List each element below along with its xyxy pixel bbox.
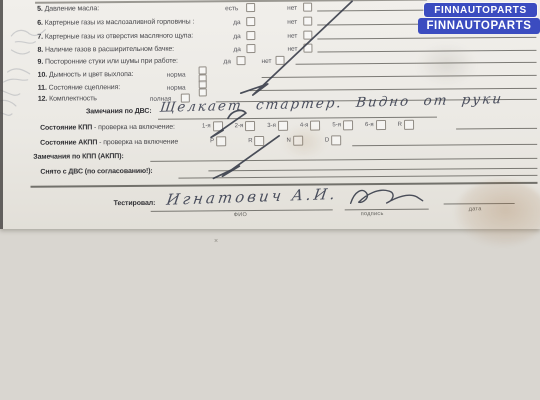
smudge-stain — [415, 42, 477, 86]
gear-checkbox — [331, 135, 341, 145]
item-number: 8. — [37, 47, 43, 54]
item-label: Посторонние стуки или шумы при работе: — [45, 58, 178, 66]
fio-caption: ФИО — [234, 212, 247, 218]
gear-label: D — [325, 137, 329, 143]
note-line — [317, 50, 536, 53]
dvs-remarks-label: Замечания по ДВС: — [86, 108, 152, 116]
option-label: да — [224, 58, 231, 65]
item-label: Состояние сцепления: — [49, 84, 121, 92]
item-label: Картерные газы из отверстия масляного щу… — [45, 33, 193, 41]
finnautoparts-watermark-badge: FINNAUTOPARTS — [418, 18, 540, 34]
handwritten-tester-name: Игнатович А.И. — [165, 185, 339, 209]
kpp-remarks-label: Замечания по КПП (АКПП): — [33, 153, 123, 161]
gear-label: P — [210, 138, 214, 144]
checkbox — [246, 44, 255, 53]
gear-checkbox — [254, 136, 264, 146]
gear-label: R — [398, 122, 402, 128]
item-label: Комплектность — [49, 95, 97, 102]
form-item-row: 9. Посторонние стуки или шумы при работе… — [38, 58, 178, 66]
form-item-row: 6. Картерные газы из маслозаливной горло… — [37, 19, 194, 27]
item-number: 11. — [38, 85, 47, 92]
checkbox — [246, 3, 255, 12]
kpp-gear-checkboxes: 1-я 2-я 3-я 4-я 5-я 6-я — [202, 120, 414, 132]
removed-from-engine-label: Снято с ДВС (по согласованию!): — [40, 168, 152, 176]
form-item-row: 8. Наличие газов в расширительном бачке: — [37, 46, 174, 54]
gear-label: 6-я — [365, 122, 374, 128]
item-number: 7. — [37, 34, 43, 41]
form-content: 5. Давление масла: есть нет 6. Картерные… — [0, 0, 540, 231]
tester-label: Тестировал: — [114, 200, 156, 207]
checkbox — [275, 56, 284, 65]
item-number: 12. — [38, 96, 47, 103]
item-label: Наличие газов в расширительном бачке: — [45, 46, 174, 54]
form-top-border — [35, 0, 427, 4]
note-line — [296, 62, 537, 65]
gear-checkbox — [343, 120, 353, 130]
gear-label: 4-я — [300, 123, 309, 129]
option-label: да — [233, 19, 240, 26]
scanned-document-photo: 5. Давление масла: есть нет 6. Картерные… — [0, 0, 540, 400]
checkbox — [246, 17, 255, 26]
item-number: 6. — [37, 20, 43, 27]
fill-line — [178, 175, 537, 179]
gear-label: N — [286, 138, 290, 144]
item-label: Картерные газы из маслозаливной горловин… — [45, 19, 195, 27]
item-label: Давление масла: — [45, 5, 99, 12]
gear-group: 3-я — [267, 121, 288, 131]
option-label: нет — [287, 5, 297, 12]
form-item-row: 10. Дымность и цвет выхлопа: — [38, 71, 134, 79]
akpp-label-rest: - проверка на включение — [97, 139, 178, 147]
checkbox — [303, 17, 312, 26]
option-label: да — [233, 46, 240, 53]
form-item-row: 5. Давление масла: — [37, 5, 99, 12]
background-x-mark: × — [214, 238, 218, 245]
gear-group: 2-я — [235, 121, 256, 131]
gear-label: 5-я — [332, 122, 341, 128]
gear-checkbox — [376, 120, 386, 130]
kpp-label: Состояние КПП — [40, 124, 92, 131]
note-line — [352, 144, 537, 146]
item-label: Дымность и цвет выхлопа: — [49, 71, 134, 79]
gear-checkbox — [245, 121, 255, 131]
gear-group: R — [248, 136, 264, 146]
form-item-row: 11. Состояние сцепления: — [38, 84, 120, 92]
option-label: нет — [287, 19, 297, 26]
gear-group: 6-я — [365, 120, 386, 130]
gear-label: R — [248, 138, 252, 144]
checkbox — [199, 66, 207, 74]
option-label: норма — [167, 72, 186, 79]
item-number: 5. — [37, 6, 43, 13]
option-label: есть — [225, 5, 238, 12]
checkbox — [303, 44, 312, 53]
checkbox — [303, 3, 312, 12]
gear-label: 1-я — [202, 123, 211, 129]
gear-label: 3-я — [267, 123, 276, 129]
gear-checkbox — [293, 136, 303, 146]
item-number: 10. — [38, 72, 47, 79]
gear-checkbox — [404, 120, 414, 130]
gear-checkbox — [213, 121, 223, 131]
inspection-form-sheet: 5. Давление масла: есть нет 6. Картерные… — [0, 0, 540, 229]
gear-group: 1-я — [202, 121, 223, 131]
checkbox — [199, 88, 207, 96]
option-label: нет — [287, 33, 297, 40]
remarks-line — [150, 158, 537, 162]
handwritten-dvs-remark: Щелкает стартер. Видно от руки — [159, 91, 504, 116]
option-label: норма — [167, 85, 186, 92]
photo-dark-edge — [0, 0, 3, 229]
gear-group: 4-я — [300, 121, 321, 131]
checkbox — [246, 31, 255, 40]
note-line — [317, 37, 536, 40]
gear-group: R — [398, 120, 414, 130]
checkbox — [236, 56, 245, 65]
akpp-gear-checkboxes: P R N D — [210, 135, 341, 146]
gear-group: 5-я — [332, 120, 353, 130]
option-label: да — [233, 33, 240, 40]
gear-checkbox — [310, 121, 320, 131]
gear-label: 2-я — [235, 123, 244, 129]
akpp-label: Состояние АКПП — [40, 139, 97, 146]
gear-group: D — [325, 135, 341, 145]
akpp-state-row: Состояние АКПП - проверка на включение — [40, 139, 178, 147]
option-label: нет — [287, 46, 297, 53]
handwritten-signature — [351, 190, 423, 203]
signature-caption: подпись — [361, 211, 384, 217]
gear-group: P — [210, 136, 226, 146]
gear-checkbox — [278, 121, 288, 131]
note-line — [456, 128, 537, 130]
item-number: 9. — [38, 59, 44, 66]
form-item-row: 12. Комплектность — [38, 95, 97, 102]
gear-group: N — [286, 136, 302, 146]
signature-line — [345, 209, 429, 211]
kpp-state-row: Состояние КПП - проверка на включение: — [40, 124, 175, 132]
date-caption: дата — [469, 206, 482, 212]
finnautoparts-watermark-badge: FINNAUTOPARTS — [424, 3, 537, 17]
date-line — [444, 203, 515, 205]
pencil-scribble — [0, 69, 30, 116]
gear-checkbox — [216, 136, 226, 146]
kpp-label-rest: - проверка на включение: — [92, 124, 175, 132]
checkbox — [199, 80, 207, 88]
remarks-line — [208, 168, 537, 172]
checkbox — [303, 31, 312, 40]
form-item-row: 7. Картерные газы из отверстия масляного… — [37, 33, 193, 41]
option-label: нет — [262, 58, 272, 65]
note-line — [262, 75, 537, 78]
